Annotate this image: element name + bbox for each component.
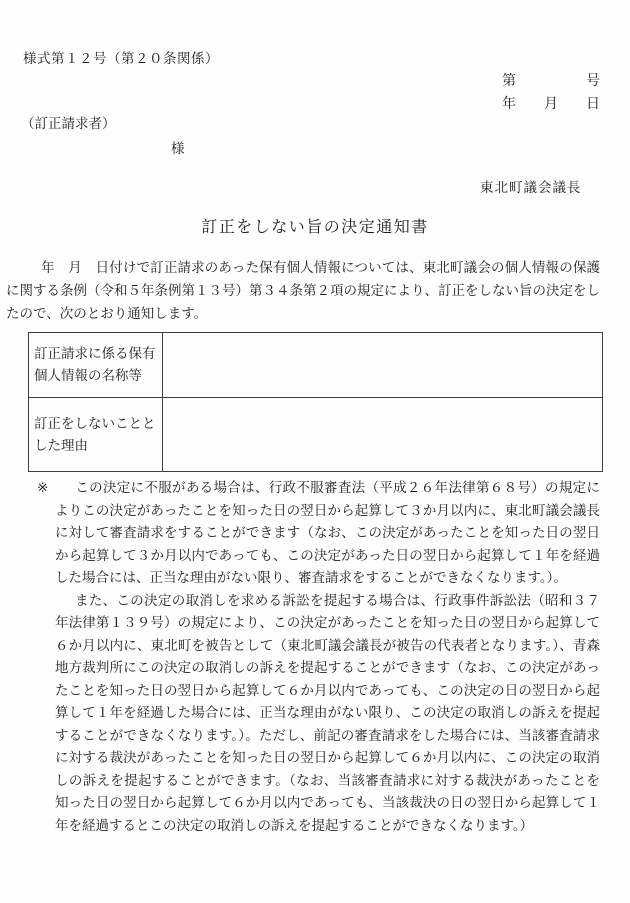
table-row: 訂正請求に係る保有個人情報の名称等 — [29, 333, 602, 397]
table-row-value — [163, 333, 602, 397]
note-paragraph-lawsuit: また、この決定の取消しを求める訴訟を提起する場合は、行政事件訴訟法（昭和３７年法… — [55, 590, 600, 838]
document-page: 様式第１２号（第２０条関係） 第 号 年 月 日 （訂正請求者） 様 東北町議会… — [0, 0, 630, 903]
sender-name: 東北町議会議長 — [480, 176, 582, 196]
table-row-label: 訂正をしないこととした理由 — [29, 398, 163, 471]
document-title: 訂正をしない旨の決定通知書 — [0, 214, 630, 237]
recipient-honorific: 様 — [171, 137, 185, 157]
requester-label: （訂正請求者） — [21, 112, 116, 132]
form-number: 様式第１２号（第２０条関係） — [23, 47, 219, 67]
table-row-label: 訂正請求に係る保有個人情報の名称等 — [29, 333, 163, 397]
table-row-label-text: 訂正請求に係る保有個人情報の名称等 — [34, 343, 157, 387]
note-marker: ※ — [37, 477, 75, 500]
info-table: 訂正請求に係る保有個人情報の名称等 訂正をしないこととした理由 — [28, 332, 603, 472]
body-paragraph: 年 月 日付けで訂正請求のあった保有個人情報については、東北町議会の個人情報の保… — [6, 256, 600, 325]
note-paragraph-appeal: ※この決定に不服がある場合は、行政不服審査法（平成２６年法律第６８号）の規定によ… — [55, 477, 600, 590]
note-paragraph-appeal-text: この決定に不服がある場合は、行政不服審査法（平成２６年法律第６８号）の規定により… — [55, 480, 600, 585]
table-row-value — [163, 398, 602, 471]
document-number-line: 第 号 — [0, 70, 600, 90]
date-line: 年 月 日 — [0, 93, 600, 113]
table-row: 訂正をしないこととした理由 — [29, 397, 602, 471]
table-row-label-text: 訂正をしないこととした理由 — [34, 413, 157, 457]
legal-note: ※この決定に不服がある場合は、行政不服審査法（平成２６年法律第６８号）の規定によ… — [37, 477, 600, 837]
